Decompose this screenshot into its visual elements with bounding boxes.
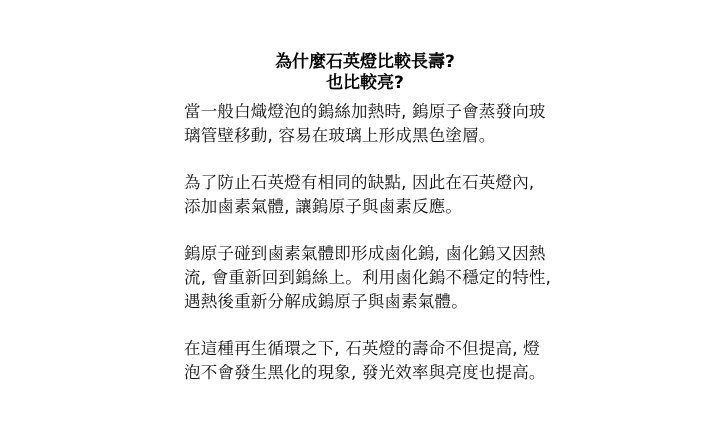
- paragraph-line: 流, 會重新回到鎢絲上。利用鹵化鎢不穩定的特性,: [184, 266, 546, 290]
- paragraph-2: 為了防止石英燈有相同的缺點, 因此在石英燈內, 添加鹵素氣體, 讓鎢原子與鹵素反…: [184, 171, 546, 219]
- paragraph-line: 在這種再生循環之下, 石英燈的壽命不但提高, 燈: [184, 337, 546, 361]
- paragraph-line: 璃管壁移動, 容易在玻璃上形成黑色塗層。: [184, 124, 546, 148]
- document-title: 為什麼石英燈比較長壽? 也比較亮?: [184, 52, 546, 94]
- paragraph-line: 遇熱後重新分解成鎢原子與鹵素氣體。: [184, 290, 546, 314]
- title-line-2: 也比較亮?: [184, 73, 546, 94]
- paragraph-line: 添加鹵素氣體, 讓鎢原子與鹵素反應。: [184, 195, 546, 219]
- paragraph-line: 鎢原子碰到鹵素氣體即形成鹵化鎢, 鹵化鎢又因熱: [184, 242, 546, 266]
- paragraph-line: 泡不會發生黑化的現象, 發光效率與亮度也提高。: [184, 361, 546, 385]
- document: 為什麼石英燈比較長壽? 也比較亮? 當一般白熾燈泡的鎢絲加熱時, 鎢原子會蒸發向…: [184, 52, 546, 408]
- paragraph-line: 當一般白熾燈泡的鎢絲加熱時, 鎢原子會蒸發向玻: [184, 100, 546, 124]
- paragraph-1: 當一般白熾燈泡的鎢絲加熱時, 鎢原子會蒸發向玻 璃管壁移動, 容易在玻璃上形成黑…: [184, 100, 546, 148]
- paragraph-4: 在這種再生循環之下, 石英燈的壽命不但提高, 燈 泡不會發生黑化的現象, 發光效…: [184, 337, 546, 385]
- paragraph-line: 為了防止石英燈有相同的缺點, 因此在石英燈內,: [184, 171, 546, 195]
- title-line-1: 為什麼石英燈比較長壽?: [184, 52, 546, 73]
- paragraph-3: 鎢原子碰到鹵素氣體即形成鹵化鎢, 鹵化鎢又因熱 流, 會重新回到鎢絲上。利用鹵化…: [184, 242, 546, 314]
